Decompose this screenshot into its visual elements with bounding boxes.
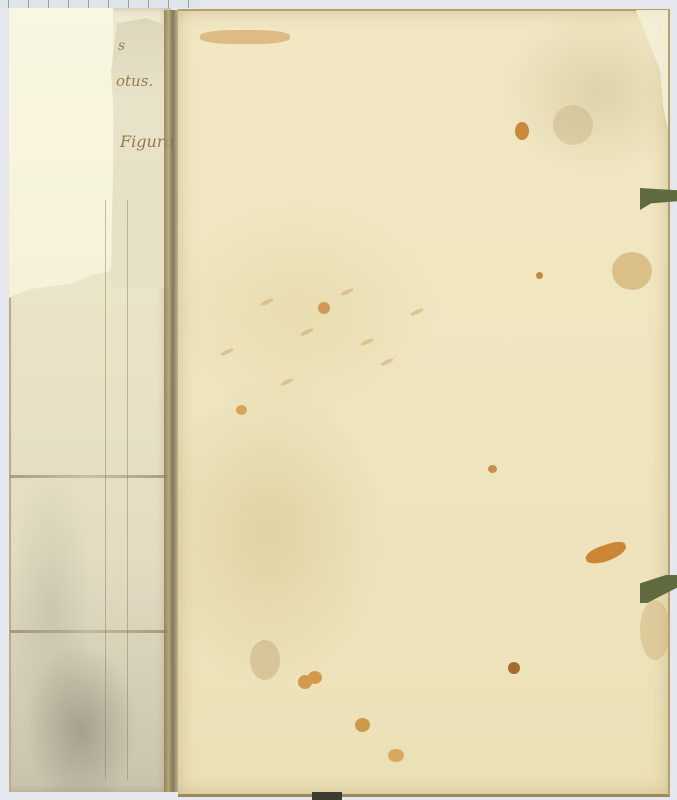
stain xyxy=(355,718,370,732)
spine-band xyxy=(10,630,168,633)
tie-bottom-edge xyxy=(312,792,342,800)
stain xyxy=(612,252,652,290)
front-cover xyxy=(178,9,670,797)
stain xyxy=(640,600,670,660)
scanner-background xyxy=(0,0,200,8)
stain xyxy=(308,671,322,684)
book-photograph: s otus. Figura xyxy=(0,0,677,800)
spine-band xyxy=(10,475,168,478)
spine-title-fragment-1: s xyxy=(118,38,125,54)
stain xyxy=(388,749,404,762)
stain xyxy=(250,640,280,680)
stain xyxy=(508,662,520,674)
stain xyxy=(488,465,497,473)
stain xyxy=(553,105,593,145)
stain xyxy=(318,302,330,314)
stain xyxy=(536,272,543,279)
spine-crease xyxy=(105,200,106,780)
stain xyxy=(236,405,247,415)
spine-title-fragment-2: otus. xyxy=(116,72,153,90)
spine-exposed-paper xyxy=(9,8,113,298)
stain xyxy=(515,122,529,140)
spine-crease xyxy=(127,200,128,780)
stain xyxy=(200,30,290,44)
spine-title-strip xyxy=(111,18,169,288)
